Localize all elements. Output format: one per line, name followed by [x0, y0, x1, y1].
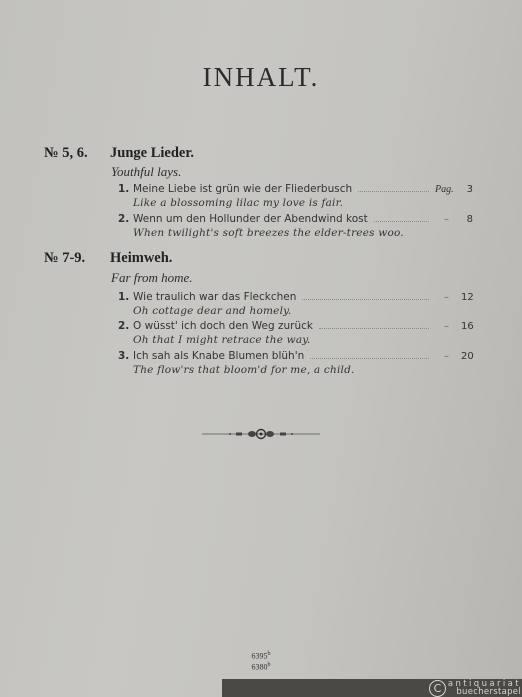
section-subtitle: Far from home. — [111, 270, 193, 286]
ornament-divider-icon — [200, 427, 322, 441]
section-heading-junge-lieder: № 5, 6.Junge Lieder. — [44, 145, 194, 162]
dot-leader — [310, 350, 429, 359]
entry-english-title: When twilight's soft breezes the elder-t… — [133, 227, 473, 239]
entry-german-title: O wüsst' ich doch den Weg zurück — [133, 320, 313, 332]
entry-index: 2. — [118, 213, 133, 225]
entry-index: 1. — [118, 183, 133, 195]
entry-english-title: The flow'rs that bloom'd for me, a child… — [133, 364, 473, 376]
page-number: 16 — [461, 321, 473, 332]
page-label: Pag. — [435, 184, 449, 195]
watermark-banner: C antiquariat buecherstapel — [222, 679, 522, 697]
plate-numbers: 6395b 6380b — [0, 650, 522, 671]
section-heading-heimweh: № 7-9.Heimweh. — [44, 250, 172, 267]
section-subtitle: Youthful lays. — [111, 164, 181, 180]
entry-german-title: Wie traulich war das Fleckchen — [133, 291, 296, 303]
copyright-icon: C — [429, 680, 446, 697]
entry-english-title: Oh cottage dear and homely. — [133, 305, 473, 317]
entry-english-title: Oh that I might retrace the way. — [133, 334, 473, 346]
section-title: Heimweh. — [110, 250, 172, 266]
page-title: INHALT. — [0, 62, 522, 93]
toc-entry: 2. O wüsst' ich doch den Weg zurück – 16… — [118, 320, 473, 346]
page-number: 8 — [461, 214, 473, 225]
page-number: 20 — [461, 351, 473, 362]
dot-leader — [319, 320, 429, 329]
toc-entry: 1. Meine Liebe ist grün wie der Fliederb… — [118, 183, 473, 209]
toc-entry: 3. Ich sah als Knabe Blumen blüh'n – 20 … — [118, 350, 473, 376]
entry-index: 3. — [118, 350, 133, 362]
plate-number: 6395b — [0, 650, 522, 661]
document-page: INHALT. № 5, 6.Junge Lieder. Youthful la… — [0, 0, 522, 697]
ditto-mark: – — [435, 321, 449, 332]
ditto-mark: – — [435, 292, 449, 303]
plate-number: 6380b — [0, 661, 522, 672]
entry-german-title: Wenn um den Hollunder der Abendwind kost — [133, 213, 368, 225]
watermark-line-2: buecherstapel — [456, 688, 521, 696]
ditto-mark: – — [435, 214, 449, 225]
ditto-mark: – — [435, 351, 449, 362]
dot-leader — [302, 291, 429, 300]
dot-leader — [374, 213, 429, 222]
entry-german-title: Ich sah als Knabe Blumen blüh'n — [133, 350, 304, 362]
entry-german-title: Meine Liebe ist grün wie der Fliederbusc… — [133, 183, 352, 195]
section-number: № 5, 6. — [44, 145, 110, 162]
section-title: Junge Lieder. — [110, 145, 194, 161]
page-number: 12 — [461, 292, 473, 303]
entry-index: 2. — [118, 320, 133, 332]
toc-entry: 2. Wenn um den Hollunder der Abendwind k… — [118, 213, 473, 239]
entry-english-title: Like a blossoming lilac my love is fair. — [133, 197, 473, 209]
page-number: 3 — [461, 184, 473, 195]
entry-index: 1. — [118, 291, 133, 303]
section-number: № 7-9. — [44, 250, 110, 267]
toc-entry: 1. Wie traulich war das Fleckchen – 12 O… — [118, 291, 473, 317]
dot-leader — [358, 183, 429, 192]
